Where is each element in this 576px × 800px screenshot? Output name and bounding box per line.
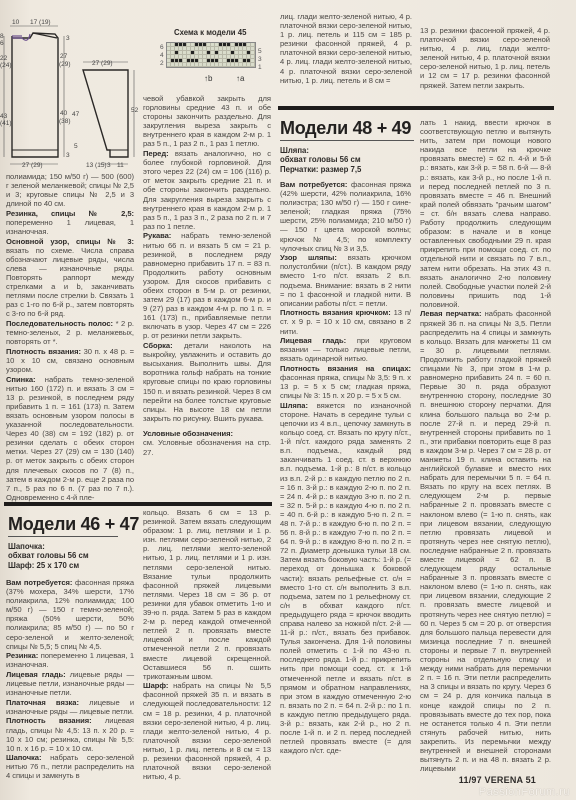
svg-text:11: 11 [117,162,124,169]
section-gauge: Плотность вязания: лицевая гладь, спицы … [6,716,134,752]
section-garter: Платочная вязка: лицевые и изнаночные ря… [6,698,134,716]
svg-text:17 (19): 17 (19) [30,19,51,26]
chart-row-number: 4 [160,52,164,59]
section-stockinette: Лицевая гладь: лицевые ряды — лицевые пе… [6,670,134,697]
section-sleeves: Рукава: набрать темно-зеленой нитью 66 п… [143,231,271,340]
model-48-49-title: Модели 48 + 49 [280,118,411,139]
column-1-model-45: полиамида; 150 м/50 г) — 500 (600) г зел… [6,172,134,502]
svg-text:47: 47 [72,111,80,118]
title-underline [8,536,118,537]
section-rib: Резинка, спицы № 2,5: попеременно 1 лице… [6,209,134,236]
svg-text:6: 6 [0,40,4,47]
legend-title: Условные обозначения: [143,429,271,438]
column-model-48-49-a: Вам потребуется: фасонная пряжа (42% шер… [280,180,411,756]
section-materials: Вам потребуется: фасонная пряжа (42% шер… [280,180,411,253]
svg-text:40: 40 [60,110,68,117]
column-model-46-47-b: кольцо. Вязать 6 см = 13 р. резинкой. За… [143,508,271,782]
chart-row-number: 2 [160,60,164,67]
chart-row-number: 5 [258,48,262,55]
section-front: Перед: вязать аналогично, но с более глу… [143,149,271,231]
title-underline [280,140,414,141]
arrow-a-icon: ↑a [236,74,244,83]
section-hat-pattern: Узор шляпы: вязать крючком полустолбики … [280,253,411,308]
section-rib: Резинка: попеременно 1 лицевая, 1 изнано… [6,651,134,669]
svg-text:(38): (38) [59,118,71,125]
svg-text:27: 27 [60,53,68,60]
svg-text:13 (15): 13 (15) [86,162,107,169]
svg-text:27 (29): 27 (29) [92,60,113,67]
scarf-continued-b: 13 р. резинки фасонной пряжей, 4 р. плат… [420,26,550,90]
svg-text:3: 3 [107,162,111,169]
magazine-page: 10 17 (19) 3 27 (29) 40 (38) 3 8 6 22 (2… [0,0,576,800]
watermark: PassionForum.ru [479,786,570,798]
section-left-glove: Левая перчатка: набрать фасонной пряжей … [420,309,551,773]
section-divider [4,502,272,506]
section-back: Спинка: набрать темно-зеленой нитью 160 … [6,375,134,502]
pattern-diagram: 10 17 (19) 3 27 (29) 40 (38) 3 8 6 22 (2… [0,0,145,170]
section-stockinette: Лицевая гладь: при круговом вязании — то… [280,336,411,363]
column-2-model-45: чевой убавкой закрыть для горловины сред… [143,94,271,457]
column-model-48-49-b: лать 1 накид, ввести крючок в соответств… [420,118,551,774]
knitting-chart [166,42,256,68]
svg-text:5: 5 [74,143,78,150]
neckline-text: чевой убавкой закрыть для горловины сред… [143,94,271,149]
svg-text:(41): (41) [0,120,12,127]
section-hat: Шляпа: вяжется по изнаночной стороне. На… [280,401,411,756]
section-main-pattern: Основной узор, спицы № 3: вязать по схем… [6,237,134,319]
scarf-continued-a: лиц. глади желто-зеленой нитью, 4 р. пла… [280,12,412,85]
chart-row-number: 3 [258,56,262,63]
hat-continued: кольцо. Вязать 6 см = 13 р. резинкой. За… [143,508,271,681]
page-footer: 11/97 VERENA 51 [459,775,536,785]
section-hat: Шапочка: набрать серо-зеленой нитью 76 п… [6,753,134,780]
svg-text:8: 8 [0,33,4,40]
column-model-46-47-a: Вам потребуется: фасонная пряжа (37% мох… [6,578,134,781]
chart-row-number: 6 [160,44,164,51]
section-gauge: Плотность вязания: 30 п. x 48 р. = 10 x … [6,347,134,374]
svg-text:22: 22 [0,55,8,62]
legend-text: см. Условные обозначения на стр. 27. [143,438,271,456]
svg-text:43: 43 [0,113,8,120]
materials-continued: полиамида; 150 м/50 г) — 500 (600) г зел… [6,172,134,208]
model-48-49-sizes: Шляпа: обхват головы 56 см Перчатки: раз… [280,146,361,174]
section-assembly: Сборка: детали наколоть на выкройку, увл… [143,341,271,423]
section-materials: Вам потребуется: фасонная пряжа (37% мох… [6,578,134,651]
model-46-47-title: Модели 46 + 47 [8,514,139,535]
svg-text:3: 3 [66,35,70,42]
hat-brim-continued: лать 1 накид, ввести крючок в соответств… [420,118,551,309]
section-divider [278,106,554,110]
svg-text:(24): (24) [0,62,12,69]
model-46-47-sizes: Шапочка: обхват головы 56 см Шарф: 25 x … [8,542,89,570]
schema-title: Схема к модели 45 [174,28,246,37]
svg-text:27 (29): 27 (29) [22,162,43,169]
svg-text:10: 10 [12,19,20,26]
chart-row-number: 1 [258,64,262,71]
section-knit-gauge: Плотность вязания на спицах: фасонная пр… [280,364,411,400]
svg-text:(29): (29) [59,61,71,68]
svg-text:52: 52 [131,107,139,114]
section-scarf: Шарф: набрать на спицы № 5,5 фасонной пр… [143,681,271,781]
section-stripes: Последовательность полос: * 2 р. темно-з… [6,319,134,346]
section-crochet-gauge: Плотность вязания крючком: 13 п/ст. x 9 … [280,308,411,335]
arrow-b-icon: ↑b [204,74,212,83]
svg-text:3: 3 [66,152,70,159]
